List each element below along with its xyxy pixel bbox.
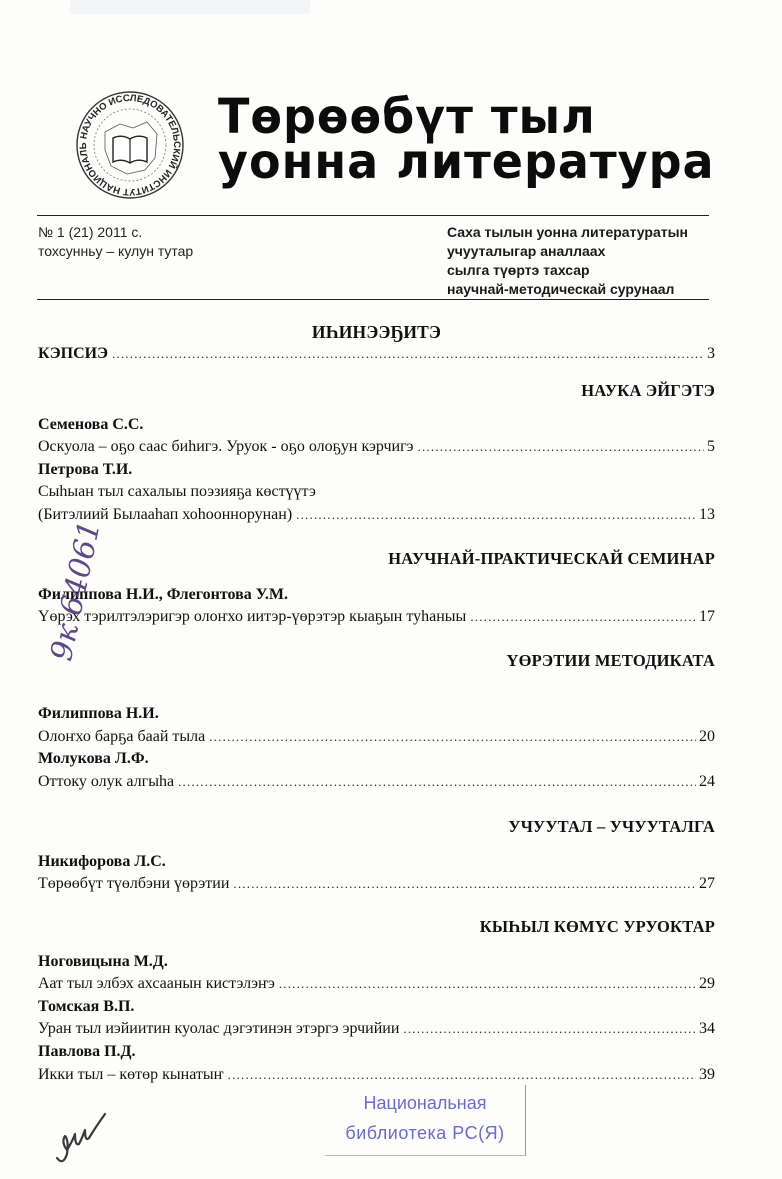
toc-entry[interactable]: Оттоку олук алгыһа 24 (38, 773, 715, 791)
entry-page: 20 (699, 728, 715, 746)
section-heading: НАУЧНАЙ-ПРАКТИЧЕСКАЙ СЕМИНАР (388, 549, 715, 569)
entry-title: Үөрэх тэрилтэлэригэр олоҥхо иитэр-үөрэтэ… (38, 608, 466, 626)
signature-icon (45, 1100, 115, 1170)
entry-page: 5 (707, 438, 715, 456)
entry-title: КЭПСИЭ (38, 345, 108, 363)
toc-entry[interactable]: Уран тыл иэйиитин куолас дэгэтинэн этэрг… (38, 1020, 715, 1038)
leader-dots (403, 1021, 696, 1037)
entry-page: 13 (699, 506, 715, 524)
entry-author: Семенова С.С. (38, 416, 143, 434)
entry-title: Олоҥхо барҕа баай тыла (38, 728, 205, 746)
leader-dots (228, 1067, 696, 1083)
entry-page: 17 (699, 608, 715, 626)
entry-page: 3 (707, 345, 715, 363)
entry-title: Уран тыл иэйиитин куолас дэгэтинэн этэрг… (38, 1020, 399, 1038)
section-heading: НАУКА ЭЙГЭТЭ (581, 381, 715, 401)
entry-title: Төрөөбүт түөлбэни үөрэтии (38, 875, 229, 893)
toc-entry[interactable]: Олоҥхо барҕа баай тыла 20 (38, 728, 715, 746)
toc-entry[interactable]: Үөрэх тэрилтэлэригэр олоҥхо иитэр-үөрэтэ… (38, 608, 715, 626)
entry-author: Молукова Л.Ф. (38, 750, 149, 768)
toc-entry-intro[interactable]: КЭПСИЭ 3 (38, 345, 715, 363)
leader-dots (279, 976, 696, 992)
entry-author: Ноговицына М.Д. (38, 953, 168, 971)
leader-dots (112, 346, 704, 362)
entry-title: Аат тыл элбэх ахсаанын кистэлэҥэ (38, 975, 275, 993)
toc-entry[interactable]: Төрөөбүт түөлбэни үөрэтии 27 (38, 875, 715, 893)
section-heading: ҮӨРЭТИИ МЕТОДИКАТА (506, 651, 715, 671)
entry-page: 27 (699, 875, 715, 893)
leader-dots (233, 876, 696, 892)
entry-author: Филиппова Н.И. (38, 705, 159, 723)
entry-title: Оттоку олук алгыһа (38, 773, 174, 791)
table-of-contents: ИҺИНЭЭҔИТЭ КЭПСИЭ 3 НАУКА ЭЙГЭТЭ Семенов… (38, 0, 715, 1179)
leader-dots (470, 609, 696, 625)
section-heading: УЧУУТАЛ – УЧУУТАЛГА (508, 817, 715, 837)
entry-title: Оскуола – оҕо саас биһигэ. Уруок - оҕо о… (38, 438, 414, 456)
leader-dots (178, 774, 696, 790)
leader-dots (296, 507, 696, 523)
entry-author: Никифорова Л.С. (38, 853, 166, 871)
toc-entry[interactable]: (Битэлиий Былааһап хоһооннорунан) 13 (38, 506, 715, 524)
stamp-line: библиотека РС(Я) (325, 1118, 525, 1148)
entry-page: 24 (699, 773, 715, 791)
entry-author: Томская В.П. (38, 998, 134, 1016)
stamp-line: Национальная (325, 1088, 525, 1118)
entry-title: Икки тыл – көтөр кынатыҥ (38, 1066, 224, 1084)
entry-page: 29 (699, 975, 715, 993)
toc-entry[interactable]: Икки тыл – көтөр кынатыҥ 39 (38, 1066, 715, 1084)
toc-entry[interactable]: Оскуола – оҕо саас биһигэ. Уруок - оҕо о… (38, 438, 715, 456)
toc-entry[interactable]: Аат тыл элбэх ахсаанын кистэлэҥэ 29 (38, 975, 715, 993)
toc-heading: ИҺИНЭЭҔИТЭ (38, 322, 715, 343)
leader-dots (209, 729, 696, 745)
entry-page: 34 (699, 1020, 715, 1038)
leader-dots (418, 439, 704, 455)
entry-page: 39 (699, 1066, 715, 1084)
entry-author: Павлова П.Д. (38, 1043, 136, 1061)
section-heading: КЫҺЫЛ КӨМҮС УРУОКТАР (480, 917, 715, 937)
library-stamp: Национальная библиотека РС(Я) (325, 1085, 526, 1156)
